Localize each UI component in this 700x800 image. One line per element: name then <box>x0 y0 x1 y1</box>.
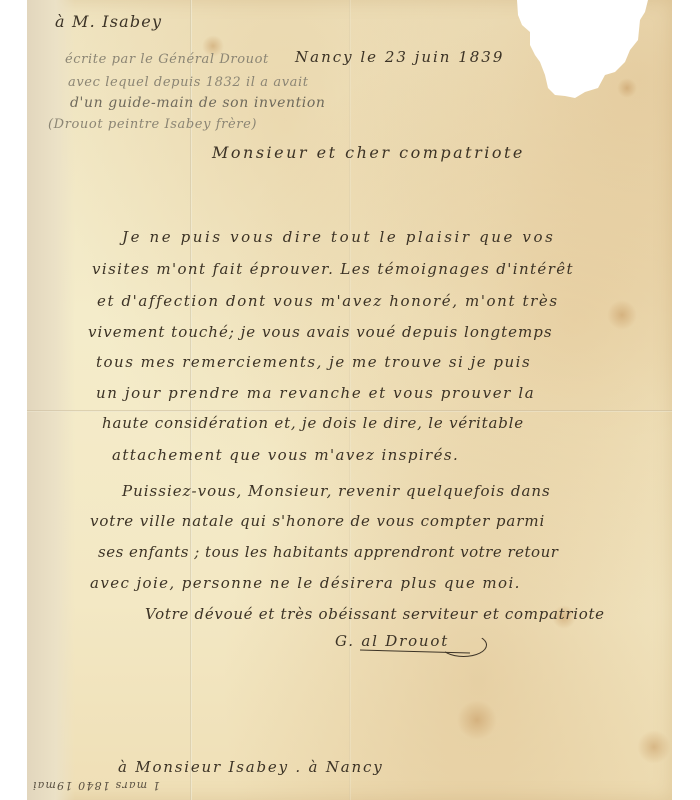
body-line: avec joie, personne ne le désirera plus … <box>90 574 521 592</box>
fold-line-horizontal <box>27 410 672 412</box>
closing-line: Votre dévoué et très obéissant serviteur… <box>145 605 605 623</box>
body-line: ses enfants ; tous les habitants apprend… <box>98 543 558 561</box>
body-line: votre ville natale qui s'honore de vous … <box>90 512 545 530</box>
body-line: Je ne puis vous dire tout le plaisir que… <box>122 228 555 246</box>
bottom-scribble: 1 mars 1840 19mai <box>32 779 160 792</box>
paper-stain <box>607 300 637 330</box>
paper-stain <box>637 730 671 764</box>
salutation: Monsieur et cher compatriote <box>212 143 525 162</box>
body-line: vivement touché; je vous avais voué depu… <box>88 323 553 341</box>
pencil-annotation-line: d'un guide-main de son invention <box>70 95 326 111</box>
place-date: Nancy le 23 juin 1839 <box>295 48 504 66</box>
body-line: haute considération et, je dois le dire,… <box>102 414 524 432</box>
addressee-note: à M. Isabey <box>55 12 162 31</box>
paper-stain <box>617 78 637 98</box>
pencil-annotation-line: avec lequel depuis 1832 il a avait <box>68 75 309 90</box>
pencil-annotation-line: écrite par le Général Drouot <box>65 52 269 67</box>
body-line: attachement que vous m'avez inspirés. <box>112 446 459 464</box>
paper-stain <box>457 700 497 740</box>
body-line: un jour prendre ma revanche et vous prou… <box>96 384 535 402</box>
body-line: et d'affection dont vous m'avez honoré, … <box>97 292 559 310</box>
body-line: Puissiez-vous, Monsieur, revenir quelque… <box>122 482 551 500</box>
body-line: tous mes remerciements, je me trouve si … <box>96 353 531 371</box>
pencil-annotation-line: (Drouot peintre Isabey frère) <box>48 117 257 132</box>
address-line: à Monsieur Isabey . à Nancy <box>118 758 383 776</box>
signature-flourish <box>440 633 487 657</box>
signature: G. al Drouot <box>335 632 449 650</box>
body-line: visites m'ont fait éprouver. Les témoign… <box>92 260 574 278</box>
